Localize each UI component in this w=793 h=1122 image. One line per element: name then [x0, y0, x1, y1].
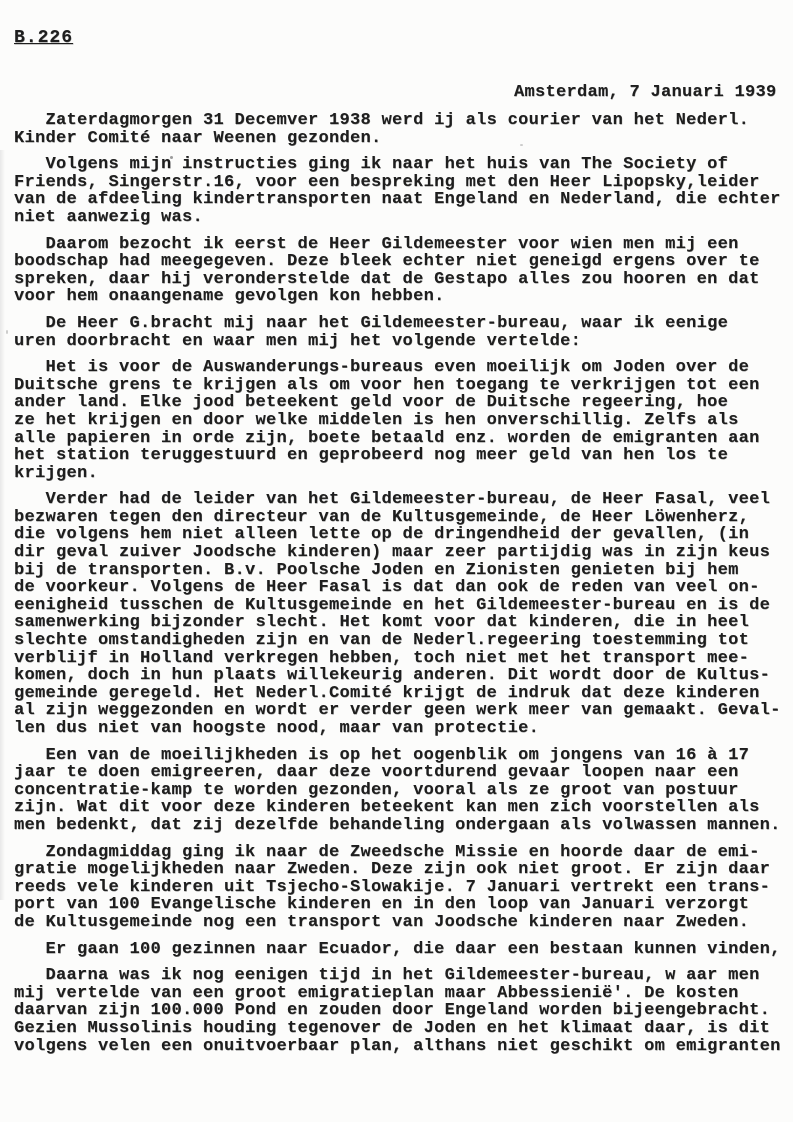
- paragraph-8: Zondagmiddag ging ik naar de Zweedsche M…: [14, 844, 787, 932]
- reference-number: B.226: [14, 28, 787, 48]
- paragraph-4: De Heer G.bracht mij naar het Gildemeest…: [14, 315, 787, 350]
- paragraph-1: Zaterdagmorgen 31 Decemver 1938 werd ij …: [14, 112, 787, 147]
- paragraph-3: Daarom bezocht ik eerst de Heer Gildemee…: [14, 236, 787, 306]
- document-content: B.226 Amsterdam, 7 Januari 1939 Zaterdag…: [0, 0, 793, 1055]
- dateline: Amsterdam, 7 Januari 1939: [14, 84, 787, 102]
- paragraph-5: Het is voor de Auswanderungs-bureaus eve…: [14, 359, 787, 482]
- scan-artifact: [6, 330, 8, 334]
- paragraph-6: Verder had de leider van het Gildemeeste…: [14, 491, 787, 737]
- paragraph-2: Volgens mijn instructies ging ik naar he…: [14, 156, 787, 226]
- paragraph-9: Er gaan 100 gezinnen naar Ecuador, die d…: [14, 941, 787, 959]
- scanned-document-page: B.226 Amsterdam, 7 Januari 1939 Zaterdag…: [0, 0, 793, 1122]
- scan-artifact: [520, 144, 523, 146]
- paragraph-10: Daarna was ik nog eenigen tijd in het Gi…: [14, 967, 787, 1055]
- paragraph-7: Een van de moeilijkheden is op het oogen…: [14, 747, 787, 835]
- scan-artifact: [170, 156, 173, 159]
- document-body: Zaterdagmorgen 31 Decemver 1938 werd ij …: [14, 112, 787, 1055]
